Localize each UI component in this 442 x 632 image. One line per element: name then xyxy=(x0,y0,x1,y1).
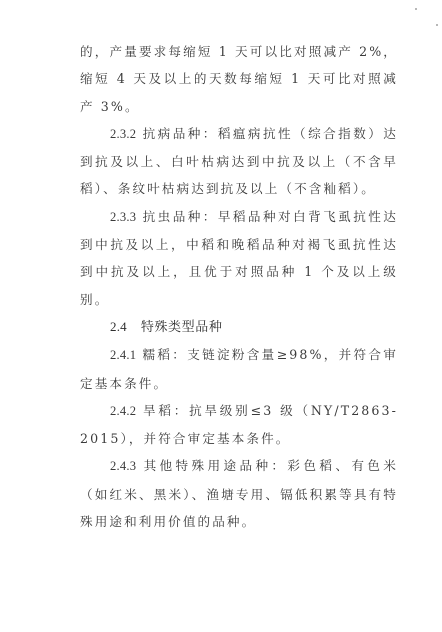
section-number: 2.4.3 xyxy=(110,459,136,473)
section-2-3-3: 2.3.3 抗虫品种：早稻品种对白背飞虱抗性达到中抗及以上，中稻和晚稻品种对褐飞… xyxy=(80,203,398,313)
section-2-4-2: 2.4.2 旱稻：抗旱级别≤3 级（NY/T2863-2015），并符合审定基本… xyxy=(80,397,398,453)
scan-artifact-mark xyxy=(436,24,438,26)
section-2-3-2: 2.3.2 抗病品种：稻瘟病抗性（综合指数）达到抗及以上、白叶枯病达到中抗及以上… xyxy=(80,120,398,203)
heading-title: 特殊类型品种 xyxy=(141,320,223,335)
section-number: 2.4.2 xyxy=(110,404,136,418)
section-number: 2.3.2 xyxy=(110,127,136,141)
section-number: 2.3.3 xyxy=(110,210,136,224)
section-2-4-1: 2.4.1 糯稻：支链淀粉含量≥98%，并符合审定基本条件。 xyxy=(80,341,398,397)
continuation-paragraph: 的，产量要求每缩短 1 天可以比对照减产 2%，缩短 4 天及以上的天数每缩短 … xyxy=(80,38,398,120)
document-page: 的，产量要求每缩短 1 天可以比对照减产 2%，缩短 4 天及以上的天数每缩短 … xyxy=(80,38,398,535)
scan-artifact-mark xyxy=(415,8,417,10)
section-heading-2-4: 2.4特殊类型品种 xyxy=(80,313,398,341)
heading-number: 2.4 xyxy=(110,319,127,334)
section-2-4-3: 2.4.3 其他特殊用途品种：彩色稻、有色米（如红米、黑米）、渔塘专用、镉低积累… xyxy=(80,452,398,535)
section-number: 2.4.1 xyxy=(110,348,136,362)
